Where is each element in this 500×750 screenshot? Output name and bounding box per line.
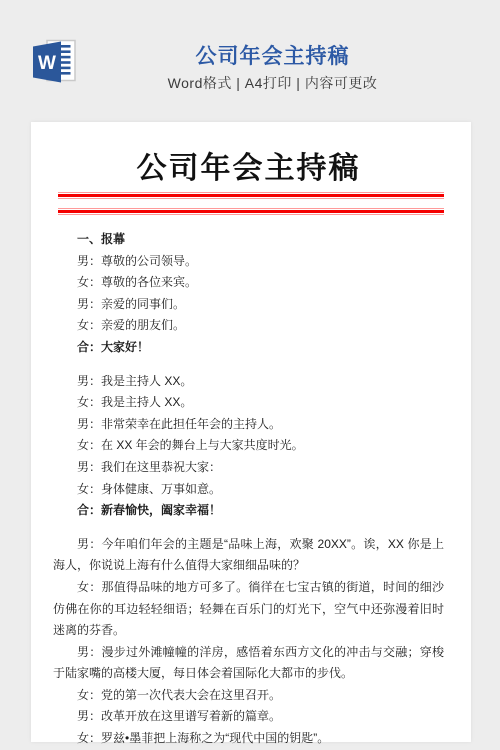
document-page: 公司年会主持稿 一、报幕 男：尊敬的公司领导。 女：尊敬的各位来宾。 男：亲爱的…	[31, 122, 471, 742]
preview-header: 公司年会主持稿 Word格式 | A4打印 | 内容可更改	[45, 45, 500, 91]
script-line: 合：新春愉快，阖家幸福！	[53, 500, 444, 522]
script-line: 男：非常荣幸在此担任年会的主持人。	[53, 414, 444, 436]
script-line: 女：党的第一次代表大会在这里召开。	[53, 685, 444, 707]
script-line: 女：罗兹•墨菲把上海称之为“现代中国的钥匙”。	[53, 728, 444, 750]
script-line: 男：亲爱的同事们。	[53, 294, 444, 316]
script-line: 女：身体健康、万事如意。	[53, 479, 444, 501]
page-background: W 公司年会主持稿 Word格式 | A4打印 | 内容可更改 公司年会主持稿 …	[0, 0, 500, 750]
script-line: 女：在 XX 年会的舞台上与大家共度时光。	[53, 435, 444, 457]
section-heading: 一、报幕	[53, 229, 444, 251]
script-line: 女：亲爱的朋友们。	[53, 315, 444, 337]
script-section-opening: 一、报幕 男：尊敬的公司领导。 女：尊敬的各位来宾。 男：亲爱的同事们。 女：亲…	[53, 229, 444, 359]
document-title: 公司年会主持稿	[53, 152, 444, 185]
script-line: 男：今年咱们年会的主题是“品味上海，欢聚 20XX”。诶，XX 你是上海人，你说…	[53, 534, 444, 577]
preview-title: 公司年会主持稿	[45, 45, 500, 68]
preview-subtitle: Word格式 | A4打印 | 内容可更改	[45, 75, 500, 91]
script-line: 女：那值得品味的地方可多了。徜徉在七宝古镇的街道，时间的细沙仿佛在你的耳边轻轻细…	[53, 577, 444, 642]
double-red-rule-top	[58, 192, 444, 199]
script-line: 男：漫步过外滩幢幢的洋房，感悟着东西方文化的冲击与交融；穿梭于陆家嘴的高楼大厦，…	[53, 642, 444, 685]
script-line: 合：大家好！	[53, 337, 444, 359]
document-body: 一、报幕 男：尊敬的公司领导。 女：尊敬的各位来宾。 男：亲爱的同事们。 女：亲…	[53, 229, 444, 750]
script-line: 男：我是主持人 XX。	[53, 371, 444, 393]
script-section-theme: 男：今年咱们年会的主题是“品味上海，欢聚 20XX”。诶，XX 你是上海人，你说…	[53, 534, 444, 750]
script-line: 女：尊敬的各位来宾。	[53, 272, 444, 294]
script-section-introduction: 男：我是主持人 XX。 女：我是主持人 XX。 男：非常荣幸在此担任年会的主持人…	[53, 371, 444, 522]
script-line: 男：尊敬的公司领导。	[53, 251, 444, 273]
script-line: 男：我们在这里恭祝大家：	[53, 457, 444, 479]
script-line: 男：改革开放在这里谱写着新的篇章。	[53, 706, 444, 728]
script-line: 女：我是主持人 XX。	[53, 392, 444, 414]
double-red-rule-bottom	[58, 208, 444, 215]
